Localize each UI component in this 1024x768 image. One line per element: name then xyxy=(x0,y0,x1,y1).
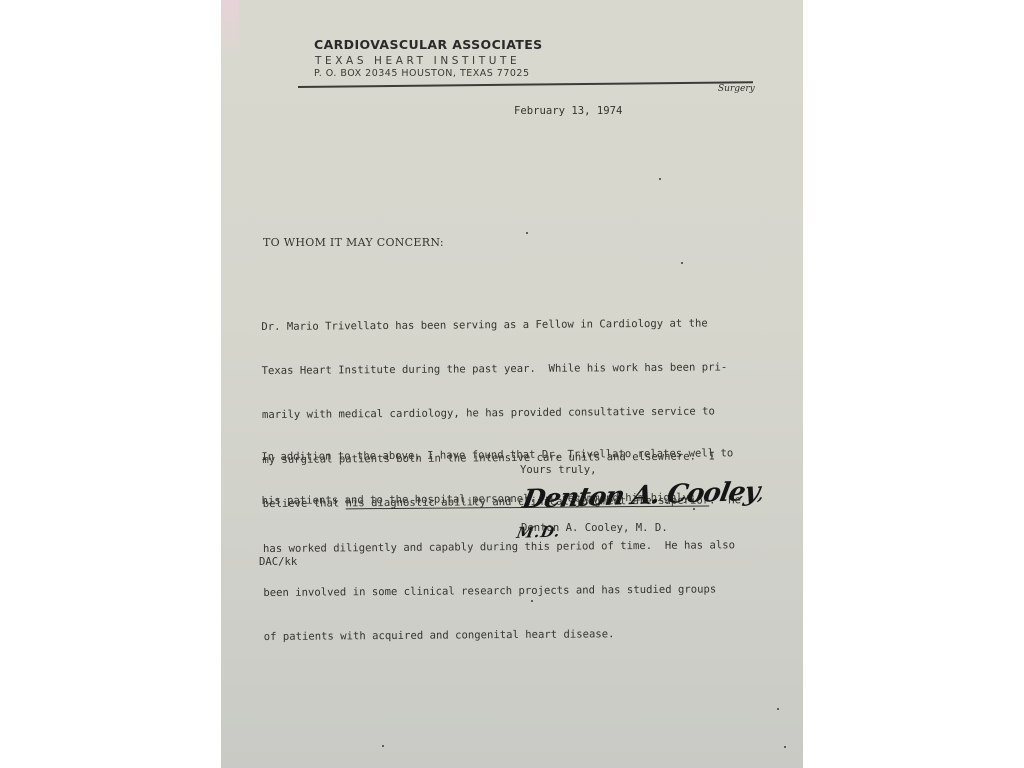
letterhead-address: P. O. BOX 20345 HOUSTON, TEXAS 77025 xyxy=(314,68,530,79)
letter-page: CARDIOVASCULAR ASSOCIATES TEXAS HEART IN… xyxy=(221,0,803,768)
letterhead-divider xyxy=(298,81,753,87)
letter-date: February 13, 1974 xyxy=(514,105,622,117)
paper-speck xyxy=(531,600,533,602)
paper-speck xyxy=(526,232,528,234)
salutation: TO WHOM IT MAY CONCERN: xyxy=(263,236,444,249)
paper-speck xyxy=(382,745,384,747)
letterhead-institute: TEXAS HEART INSTITUTE xyxy=(315,55,520,67)
reference-initials: DAC/kk xyxy=(259,556,297,568)
handwritten-signature: Denton A. Cooley, M.D. xyxy=(515,475,803,545)
closing: Yours truly, xyxy=(520,464,597,476)
letterhead-organization: CARDIOVASCULAR ASSOCIATES xyxy=(314,37,543,52)
department-label: Surgery xyxy=(718,84,755,94)
paper-speck xyxy=(681,262,683,264)
body-line: of patients with acquired and congenital… xyxy=(264,627,742,646)
paper-speck xyxy=(659,178,661,180)
body-line: has worked diligently and capably during… xyxy=(263,538,741,557)
body-line: been involved in some clinical research … xyxy=(263,582,741,601)
signer-name: Denton A. Cooley, M. D. xyxy=(521,522,668,534)
body-line: Dr. Mario Trivellato has been serving as… xyxy=(261,316,739,335)
body-line: Texas Heart Institute during the past ye… xyxy=(262,360,740,379)
body-line: In addition to the above, I have found t… xyxy=(261,446,733,465)
paper-speck xyxy=(777,708,779,710)
paper-speck xyxy=(784,746,786,748)
paper-speck xyxy=(693,508,695,510)
